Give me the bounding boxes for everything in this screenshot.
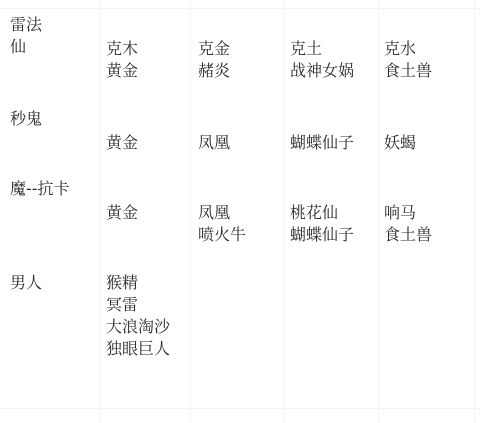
row-label-demon-anti-card: 魔--抗卡	[10, 178, 70, 200]
row-label-man: 男人	[10, 272, 42, 294]
row-label-line: 男人	[10, 272, 42, 294]
row-label-line: 仙	[10, 36, 42, 58]
cell-line: 蝴蝶仙子	[290, 224, 354, 246]
cell-line: 凤凰	[198, 132, 230, 154]
cell: 凤凰	[198, 132, 230, 154]
cell-line: 黄金	[106, 132, 138, 154]
cell-line: 桃花仙	[290, 202, 354, 224]
cell: 克木 黄金	[106, 38, 138, 82]
cell-line: 妖蝎	[384, 132, 416, 154]
cell-line: 独眼巨人	[106, 338, 170, 360]
cell: 黄金	[106, 132, 138, 154]
cell: 蝴蝶仙子	[290, 132, 354, 154]
cell: 猴精 冥雷 大浪淘沙 独眼巨人	[106, 272, 170, 360]
cell-line: 冥雷	[106, 294, 170, 316]
grid-line	[474, 0, 475, 423]
row-label-lightning-immortal: 雷法 仙	[10, 14, 42, 58]
cell: 妖蝎	[384, 132, 416, 154]
cell-line: 蝴蝶仙子	[290, 132, 354, 154]
row-label-line: 秒鬼	[10, 108, 42, 130]
cell-line: 食土兽	[384, 224, 432, 246]
grid-line	[0, 8, 480, 9]
cell-line: 猴精	[106, 272, 170, 294]
cell: 响马 食土兽	[384, 202, 432, 246]
cell: 克水 食土兽	[384, 38, 432, 82]
cell-line: 克土	[290, 38, 354, 60]
grid-line	[190, 0, 191, 423]
cell-line: 战神女娲	[290, 60, 354, 82]
cell: 凤凰 喷火牛	[198, 202, 246, 246]
cell: 黄金	[106, 202, 138, 224]
grid-line	[0, 408, 480, 409]
row-label-line: 雷法	[10, 14, 42, 36]
cell-line: 黄金	[106, 60, 138, 82]
row-label-kill-ghost: 秒鬼	[10, 108, 42, 130]
grid-line	[100, 0, 101, 423]
cell-line: 食土兽	[384, 60, 432, 82]
cell-line: 喷火牛	[198, 224, 246, 246]
cell-line: 克水	[384, 38, 432, 60]
cell-line: 大浪淘沙	[106, 316, 170, 338]
grid-line	[284, 0, 285, 423]
strategy-table: 雷法 仙 克木 黄金 克金 赭炎 克土 战神女娲 克水 食土兽 秒鬼 黄金 凤凰…	[0, 0, 480, 423]
cell: 克土 战神女娲	[290, 38, 354, 82]
cell-line: 响马	[384, 202, 432, 224]
cell: 桃花仙 蝴蝶仙子	[290, 202, 354, 246]
cell-line: 赭炎	[198, 60, 230, 82]
cell-line: 黄金	[106, 202, 138, 224]
row-label-line: 魔--抗卡	[10, 178, 70, 200]
cell-line: 克木	[106, 38, 138, 60]
cell-line: 凤凰	[198, 202, 246, 224]
cell-line: 克金	[198, 38, 230, 60]
grid-line	[378, 0, 379, 423]
cell: 克金 赭炎	[198, 38, 230, 82]
